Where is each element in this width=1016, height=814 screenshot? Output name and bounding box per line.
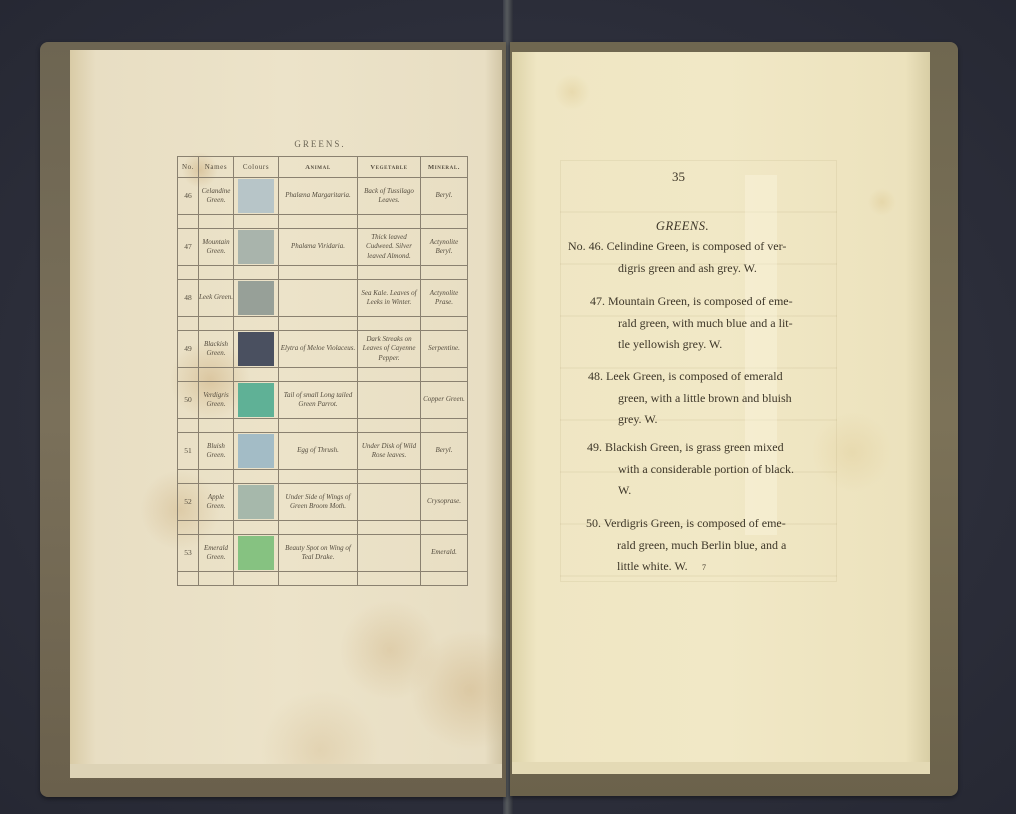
entry-line: with a considerable portion of black.	[587, 459, 832, 481]
spacer-cell	[279, 266, 358, 280]
spacer-cell	[234, 419, 279, 433]
header-mineral: Mineral.	[421, 157, 468, 178]
animal-example: Tail of small Long tailed Green Parrot.	[279, 382, 358, 419]
plate-title: GREENS.	[170, 139, 470, 149]
section-title: GREENS.	[560, 219, 805, 234]
color-swatch-cell	[234, 433, 279, 470]
animal-example: Under Side of Wings of Green Broom Moth.	[279, 484, 358, 521]
spacer-cell	[234, 368, 279, 382]
vegetable-example	[358, 484, 421, 521]
spacer-cell	[358, 419, 421, 433]
spacer-cell	[178, 215, 199, 229]
entry-48: 48. Leek Green, is composed of emerald g…	[588, 366, 833, 431]
row-number: 51	[178, 433, 199, 470]
spacer-cell	[199, 266, 234, 280]
entry-line: 50. Verdigris Green, is composed of eme-	[586, 513, 831, 535]
spacer-cell	[234, 572, 279, 586]
color-swatch-cell	[234, 331, 279, 368]
signature-mark: 7	[702, 563, 706, 572]
row-number: 46	[178, 178, 199, 215]
entry-line: green, with a little brown and bluish	[588, 388, 833, 410]
vegetable-example: Dark Streaks on Leaves of Cayenne Pepper…	[358, 331, 421, 368]
color-swatch-cell	[234, 484, 279, 521]
spacer-cell	[421, 317, 468, 331]
spacer-cell	[234, 317, 279, 331]
spacer-cell	[199, 215, 234, 229]
spacer-cell	[358, 266, 421, 280]
animal-example: Egg of Thrush.	[279, 433, 358, 470]
mineral-example: Actynolite Beryl.	[421, 229, 468, 266]
entry-line: rald green, with much blue and a lit-	[590, 313, 835, 335]
table-row: 53Emerald Green.Beauty Spot on Wing of T…	[178, 535, 468, 572]
spacer-cell	[234, 215, 279, 229]
mineral-example: Actynolite Prase.	[421, 280, 468, 317]
mineral-example: Serpentine.	[421, 331, 468, 368]
mineral-example: Crysoprase.	[421, 484, 468, 521]
vegetable-example: Thick leaved Cudweed. Silver leaved Almo…	[358, 229, 421, 266]
mineral-example: Beryl.	[421, 178, 468, 215]
spacer-cell	[279, 317, 358, 331]
entry-line: tle yellowish grey. W.	[590, 334, 835, 356]
spacer-cell	[178, 266, 199, 280]
entry-50: 50. Verdigris Green, is composed of eme-…	[586, 513, 831, 578]
spacer-cell	[358, 317, 421, 331]
row-number: 47	[178, 229, 199, 266]
spacer-cell	[178, 572, 199, 586]
color-name: Mountain Green.	[199, 229, 234, 266]
header-animal: Animal	[279, 157, 358, 178]
spacer-cell	[358, 215, 421, 229]
animal-example: Beauty Spot on Wing of Teal Drake.	[279, 535, 358, 572]
spacer-cell	[178, 419, 199, 433]
row-number: 49	[178, 331, 199, 368]
color-swatch-cell	[234, 178, 279, 215]
spacer-cell	[199, 470, 234, 484]
spacer-cell	[421, 419, 468, 433]
spacer-cell	[279, 470, 358, 484]
spacer-cell	[421, 521, 468, 535]
table-row: 47Mountain Green.Phalæna Viridaria.Thick…	[178, 229, 468, 266]
vegetable-example: Back of Tussilago Leaves.	[358, 178, 421, 215]
color-swatch	[238, 281, 274, 315]
header-vegetable: Vegetable	[358, 157, 421, 178]
row-number: 50	[178, 382, 199, 419]
table-spacer-row	[178, 317, 468, 331]
table-row: 48Leek Green.Sea Kale. Leaves of Leeks i…	[178, 280, 468, 317]
animal-example: Phalæna Margaritaria.	[279, 178, 358, 215]
row-number: 52	[178, 484, 199, 521]
color-swatch-cell	[234, 280, 279, 317]
spacer-cell	[178, 521, 199, 535]
spacer-cell	[421, 266, 468, 280]
animal-example: Elytra of Meloe Violaceus.	[279, 331, 358, 368]
table-spacer-row	[178, 266, 468, 280]
table-spacer-row	[178, 572, 468, 586]
entry-line: rald green, much Berlin blue, and a	[586, 535, 831, 557]
spacer-cell	[279, 419, 358, 433]
table-row: 50Verdigris Green.Tail of small Long tai…	[178, 382, 468, 419]
color-swatch	[238, 485, 274, 519]
spacer-cell	[199, 368, 234, 382]
table-row: 46Celandine Green.Phalæna Margaritaria.B…	[178, 178, 468, 215]
header-no: No.	[178, 157, 199, 178]
color-swatch	[238, 332, 274, 366]
color-swatch	[238, 434, 274, 468]
color-swatch-cell	[234, 229, 279, 266]
table-row: 52Apple Green.Under Side of Wings of Gre…	[178, 484, 468, 521]
spacer-cell	[421, 215, 468, 229]
table-row: 49Blackish Green.Elytra of Meloe Violace…	[178, 331, 468, 368]
spacer-cell	[199, 521, 234, 535]
spacer-cell	[178, 317, 199, 331]
row-number: 48	[178, 280, 199, 317]
spacer-cell	[234, 266, 279, 280]
entry-line: grey. W.	[588, 409, 833, 431]
spacer-cell	[234, 470, 279, 484]
entry-46: No. 46. Celindine Green, is composed of …	[568, 236, 813, 279]
color-name: Bluish Green.	[199, 433, 234, 470]
spacer-cell	[358, 572, 421, 586]
mineral-example: Copper Green.	[421, 382, 468, 419]
color-swatch	[238, 536, 274, 570]
entry-line: little white. W.	[586, 556, 831, 578]
color-name: Celandine Green.	[199, 178, 234, 215]
color-swatch-cell	[234, 535, 279, 572]
color-table: No. Names Colours Animal Vegetable Miner…	[177, 156, 468, 586]
table-spacer-row	[178, 419, 468, 433]
color-swatch	[238, 383, 274, 417]
color-swatch	[238, 179, 274, 213]
vegetable-example: Under Disk of Wild Rose leaves.	[358, 433, 421, 470]
spacer-cell	[421, 470, 468, 484]
color-swatch-cell	[234, 382, 279, 419]
spacer-cell	[279, 521, 358, 535]
entry-line: 48. Leek Green, is composed of emerald	[588, 366, 833, 388]
entry-line: digris green and ash grey. W.	[568, 258, 813, 280]
spacer-cell	[279, 572, 358, 586]
color-name: Emerald Green.	[199, 535, 234, 572]
header-names: Names	[199, 157, 234, 178]
table-spacer-row	[178, 215, 468, 229]
spacer-cell	[234, 521, 279, 535]
entry-47: 47. Mountain Green, is composed of eme- …	[590, 291, 835, 356]
spacer-cell	[421, 368, 468, 382]
spacer-cell	[421, 572, 468, 586]
entry-line: No. 46. Celindine Green, is composed of …	[568, 236, 813, 258]
spacer-cell	[199, 572, 234, 586]
table-header-row: No. Names Colours Animal Vegetable Miner…	[178, 157, 468, 178]
spacer-cell	[178, 470, 199, 484]
page-number: 35	[672, 169, 685, 185]
spacer-cell	[358, 521, 421, 535]
table-spacer-row	[178, 470, 468, 484]
spacer-cell	[178, 368, 199, 382]
table-row: 51Bluish Green.Egg of Thrush.Under Disk …	[178, 433, 468, 470]
spacer-cell	[199, 317, 234, 331]
table-spacer-row	[178, 368, 468, 382]
mineral-example: Beryl.	[421, 433, 468, 470]
animal-example: Phalæna Viridaria.	[279, 229, 358, 266]
animal-example	[279, 280, 358, 317]
color-name: Leek Green.	[199, 280, 234, 317]
header-colours: Colours	[234, 157, 279, 178]
entry-line: 49. Blackish Green, is grass green mixed	[587, 437, 832, 459]
color-swatch	[238, 230, 274, 264]
spacer-cell	[358, 368, 421, 382]
color-name: Verdigris Green.	[199, 382, 234, 419]
color-name: Apple Green.	[199, 484, 234, 521]
spacer-cell	[279, 368, 358, 382]
row-number: 53	[178, 535, 199, 572]
entry-line: 47. Mountain Green, is composed of eme-	[590, 291, 835, 313]
spacer-cell	[199, 419, 234, 433]
vegetable-example: Sea Kale. Leaves of Leeks in Winter.	[358, 280, 421, 317]
spacer-cell	[279, 215, 358, 229]
spacer-cell	[358, 470, 421, 484]
table-spacer-row	[178, 521, 468, 535]
entry-line: W.	[587, 480, 832, 502]
color-name: Blackish Green.	[199, 331, 234, 368]
mineral-example: Emerald.	[421, 535, 468, 572]
entry-49: 49. Blackish Green, is grass green mixed…	[587, 437, 832, 502]
vegetable-example	[358, 382, 421, 419]
vegetable-example	[358, 535, 421, 572]
